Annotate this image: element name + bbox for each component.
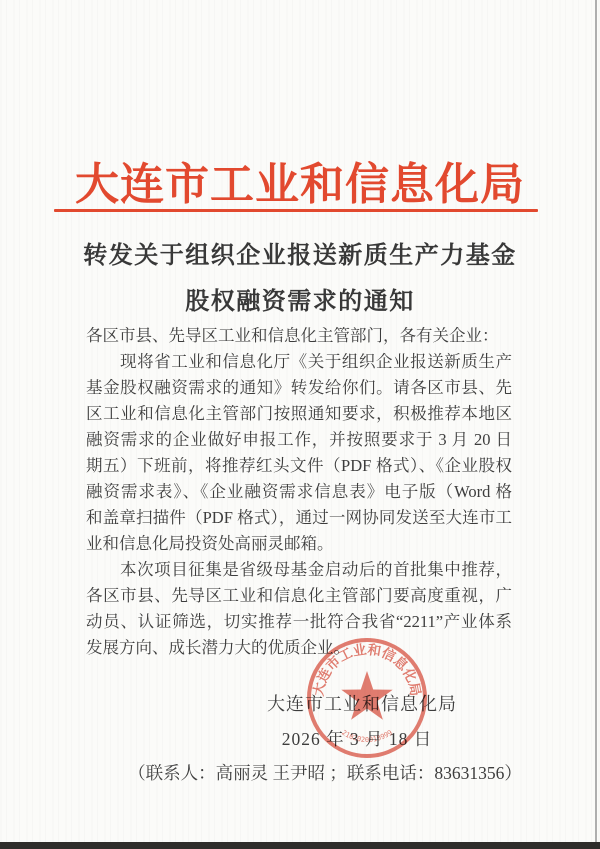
body-line: 动员、认证筛选，切实推荐一批符合我省“2211”产业体系 xyxy=(86,609,512,635)
body-line: 融资需求表》、《企业融资需求信息表》电子版（Word 格式） xyxy=(86,479,512,505)
body-line: 本次项目征集是省级母基金启动后的首批集中推荐，请 xyxy=(86,557,512,583)
scan-edge-line xyxy=(595,0,597,849)
seal-code: 2102020010999 xyxy=(340,729,394,744)
document-page: 大连市工业和信息化局 转发关于组织企业报送新质生产力基金 股权融资需求的通知 各… xyxy=(0,0,600,849)
body-line: 各区市县、先导区工业和信息化主管部门，各有关企业： xyxy=(86,323,512,349)
red-divider-rule xyxy=(54,209,538,212)
contact-line: （联系人：高丽灵 王尹昭 ；联系电话：83631356） xyxy=(25,760,600,785)
body-line: 和盖章扫描件（PDF 格式），通过一网协同发送至大连市工 xyxy=(86,505,512,531)
body-line: 发展方向、成长潜力大的优质企业。 xyxy=(86,635,512,661)
body-line: 现将省工业和信息化厅《关于组织企业报送新质生产力 xyxy=(86,349,512,375)
notice-title-line1: 转发关于组织企业报送新质生产力基金 xyxy=(0,235,600,270)
body-line: 基金股权融资需求的通知》转发给你们。请各区市县、先导 xyxy=(86,375,512,401)
svg-text:2102020010999: 2102020010999 xyxy=(340,729,394,744)
agency-red-header: 大连市工业和信息化局 xyxy=(0,148,600,212)
official-seal-stamp: 大连市工业和信息化局 2102020010999 xyxy=(302,633,432,763)
scan-bottom-band xyxy=(0,842,600,849)
body-line: 业和信息化局投资处高丽灵邮箱。 xyxy=(86,531,512,557)
body-line: 区工业和信息化主管部门按照通知要求，积极推荐本地区有 xyxy=(86,401,512,427)
body-line: 期五）下班前，将推荐红头文件（PDF 格式）、《企业股权 xyxy=(86,453,512,479)
notice-title-line2: 股权融资需求的通知 xyxy=(0,281,600,316)
body-line: 各区市县、先导区工业和信息化主管部门要高度重视，广泛 xyxy=(86,583,512,609)
body-line: 融资需求的企业做好申报工作，并按照要求于 3 月 20 日（星 xyxy=(86,427,512,453)
seal-star-icon xyxy=(341,671,392,720)
notice-body: 各区市县、先导区工业和信息化主管部门，各有关企业： 现将省工业和信息化厅《关于组… xyxy=(86,323,512,661)
